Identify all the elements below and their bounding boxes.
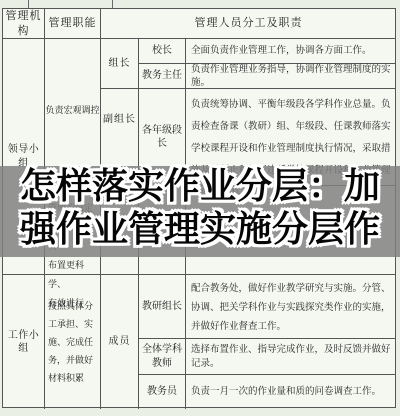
role-cell-principal: 校长 — [139, 39, 186, 64]
function-macro-control-text: 负责宏观调控 — [45, 104, 100, 116]
table-crop-stub-line — [28, 0, 29, 8]
org-cell-work-group: 工作小组 — [3, 275, 45, 409]
role-cell-dean: 教务主任 — [139, 64, 186, 89]
header-cell-function: 管理职能 — [45, 9, 101, 39]
duty-cell-subject-teachers: 选择布置作业、指导完成作业，及时反馈并做好记录。 — [186, 339, 396, 375]
role-group-cell-leader: 组长 — [101, 39, 139, 89]
role-cell-academic-clerk: 教务员 — [139, 375, 186, 409]
header-cell-org: 管理机构 — [3, 9, 45, 39]
duty-cell-research-group-leader: 配合教务处，做好作业教学研究与实施。分管、协调、把关学科作业与实践探究类作业的实… — [186, 275, 396, 339]
function-cell-work-group: 按照具体分工承担、实施、完成任务，并做好材料积累 — [45, 275, 101, 409]
header-cell-staff-duties: 管理人员分工及职责 — [101, 9, 396, 39]
role-cell-research-group-leader: 教研组长 — [139, 275, 186, 339]
table-crop-stub-line — [112, 0, 113, 8]
duty-cell-dean: 负责作业管理业务指导，协调作业管理制度的实施。 — [186, 64, 396, 89]
headline-line1: 怎样落实作业分层：加 — [0, 164, 400, 207]
duty-cell-principal: 全面负责作业管理工作，协调各方面工作。 — [186, 39, 396, 64]
role-cell-subject-teachers: 全体学科教师 — [139, 339, 186, 375]
headline-title: 怎样落实作业分层：加 强作业管理实施分层作 — [0, 164, 400, 250]
duty-cell-academic-clerk: 负责一月一次的作业量和质的问卷调查工作。 — [186, 375, 396, 409]
headline-line2: 强作业管理实施分层作 — [0, 207, 400, 250]
role-group-cell-member: 成员 — [101, 275, 139, 409]
